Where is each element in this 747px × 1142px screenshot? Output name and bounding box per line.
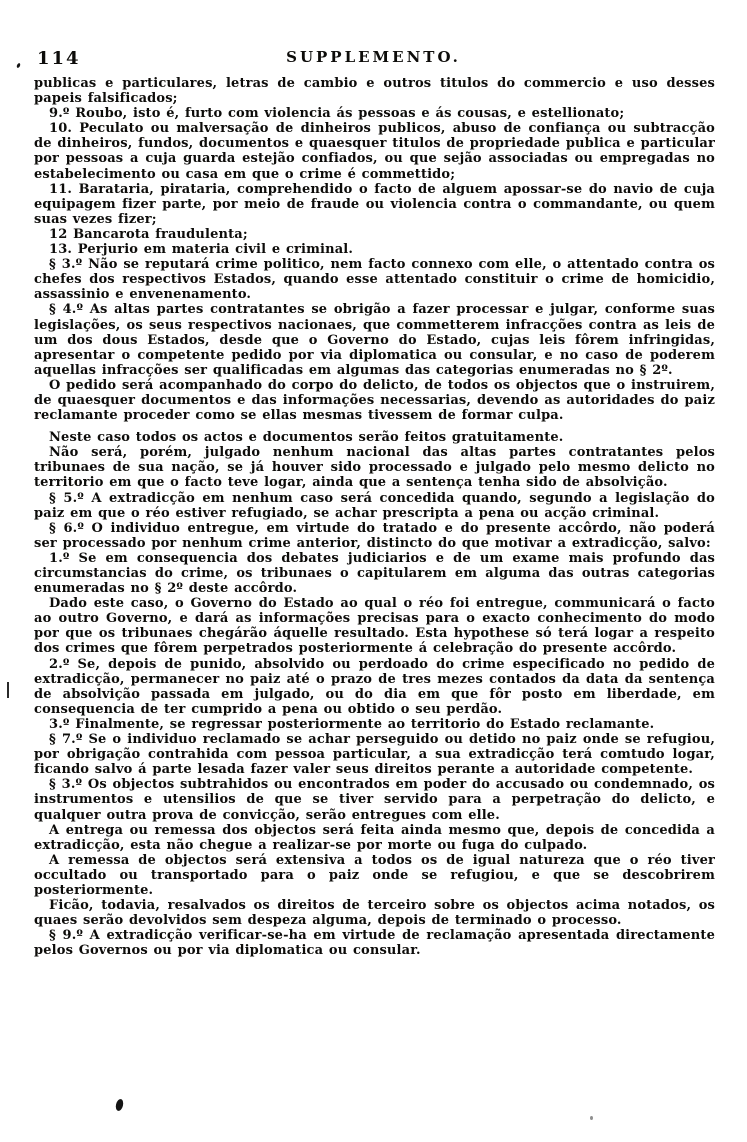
paragraph: § 4.º As altas partes contratantes se ob…	[34, 302, 715, 377]
paragraph: 13. Perjurio em materia civil e criminal…	[34, 242, 715, 257]
paragraph: § 9.º A extradicção verificar-se-ha em v…	[34, 928, 715, 958]
running-header-title: SUPPLEMENTO.	[0, 48, 747, 66]
paragraph: Dado este caso, o Governo do Estado ao q…	[34, 596, 715, 656]
ink-blot	[115, 1098, 125, 1111]
paragraph: O pedido será acompanhado do corpo do de…	[34, 378, 715, 423]
paragraph: A remessa de objectos será extensiva a t…	[34, 853, 715, 898]
paragraph: 11. Barataria, pirataria, comprehendido …	[34, 182, 715, 227]
paragraph: 12 Bancarota fraudulenta;	[34, 227, 715, 242]
paragraph: 1.º Se em consequencia dos debates judic…	[34, 551, 715, 596]
paragraph: 10. Peculato ou malversação de dinheiros…	[34, 121, 715, 181]
paragraph: 9.º Roubo, isto é, furto com violencia á…	[34, 106, 715, 121]
paragraph: publicas e particulares, letras de cambi…	[34, 76, 715, 106]
paragraph: 2.º Se, depois de punido, absolvido ou p…	[34, 657, 715, 717]
ink-speck	[590, 1116, 593, 1120]
paragraph: § 3.º Não se reputará crime politico, ne…	[34, 257, 715, 302]
paragraph: 3.º Finalmente, se regressar posteriorme…	[34, 717, 715, 732]
paragraph: § 3.º Os objectos subtrahidos ou encontr…	[34, 777, 715, 822]
paragraph: Não será, porém, julgado nenhum nacional…	[34, 445, 715, 490]
ink-margin-tick	[7, 682, 9, 698]
paragraph: Ficão, todavia, resalvados os direitos d…	[34, 898, 715, 928]
paragraph: Neste caso todos os actos e documentos s…	[34, 430, 715, 445]
document-text-block: publicas e particulares, letras de cambi…	[34, 76, 715, 958]
paragraph: A entrega ou remessa dos objectos será f…	[34, 823, 715, 853]
paragraph: § 6.º O individuo entregue, em virtude d…	[34, 521, 715, 551]
paragraph: § 7.º Se o individuo reclamado se achar …	[34, 732, 715, 777]
scanned-document-page: 114 SUPPLEMENTO. publicas e particulares…	[0, 0, 747, 1142]
paragraph: § 5.º A extradicção em nenhum caso será …	[34, 491, 715, 521]
